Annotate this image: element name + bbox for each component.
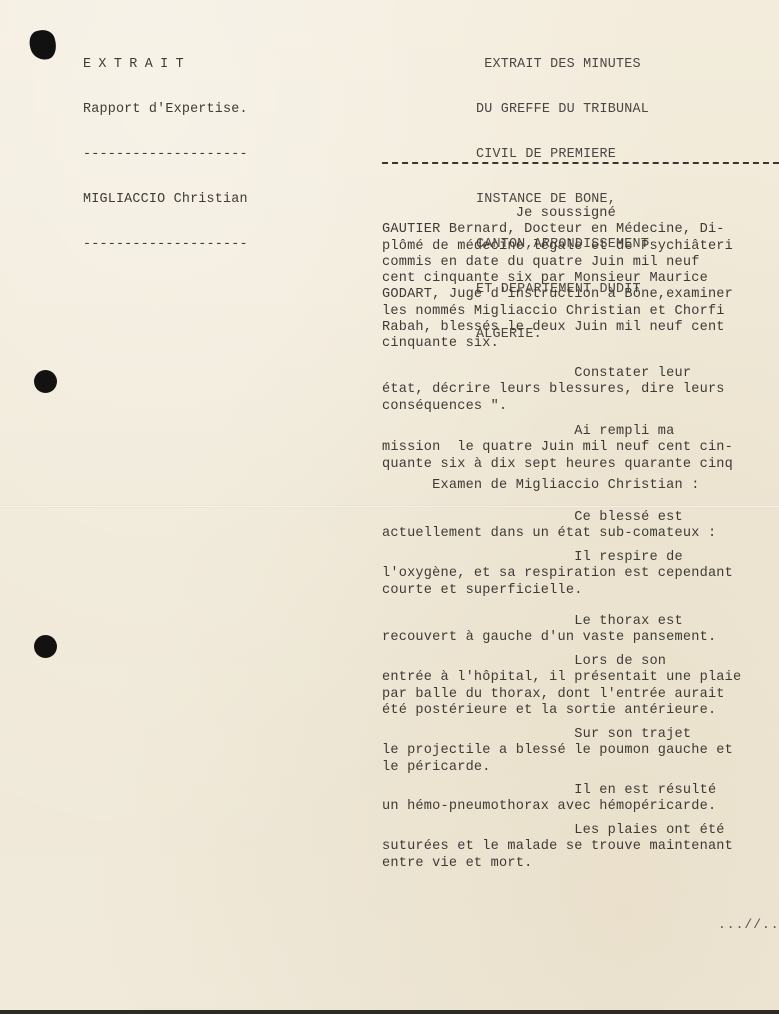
text-line: le projectile a blessé le poumon gauche … — [382, 743, 733, 759]
text-line: cent cinquante six par Monsieur Maurice — [382, 271, 733, 287]
report-paragraph: Ce blessé estactuellement dans un état s… — [382, 510, 716, 543]
report-paragraph: Sur son trajetle projectile a blessé le … — [382, 727, 733, 776]
header-rule: -------------------- — [83, 237, 248, 252]
text-line: Ai rempli ma — [382, 424, 733, 440]
report-paragraph: Constater leurétat, décrire leurs blessu… — [382, 366, 725, 415]
extrait-title: EXTRAIT — [83, 57, 248, 72]
text-line: commis en date du quatre Juin mil neuf — [382, 255, 733, 271]
report-paragraph: Il en est résultéun hémo-pneumothorax av… — [382, 783, 716, 816]
report-paragraph: Lors de sonentrée à l'hôpital, il présen… — [382, 654, 741, 719]
text-line: l'oxygène, et sa respiration est cependa… — [382, 566, 733, 582]
report-subtitle: Rapport d'Expertise. — [83, 102, 248, 117]
text-line: un hémo-pneumothorax avec hémopéricarde. — [382, 799, 716, 815]
subject-name: MIGLIACCIO Christian — [83, 192, 248, 207]
report-paragraph: Examen de Migliaccio Christian : — [382, 478, 700, 494]
report-paragraph: Je soussignéGAUTIER Bernard, Docteur en … — [382, 206, 733, 353]
text-line: conséquences ". — [382, 399, 725, 415]
text-line: quante six à dix sept heures quarante ci… — [382, 457, 733, 473]
court-line: DU GREFFE DU TRIBUNAL — [476, 102, 649, 117]
punch-hole-top — [34, 370, 57, 393]
court-line: INSTANCE DE BONE, — [476, 192, 649, 207]
header-rule: -------------------- — [83, 147, 248, 162]
text-line: mission le quatre Juin mil neuf cent cin… — [382, 440, 733, 456]
text-line: cinquante six. — [382, 336, 733, 352]
text-line: GODART, Juge d'instruction à Bône,examin… — [382, 287, 733, 303]
punch-hole-bottom — [34, 635, 57, 658]
text-line: les nommés Migliaccio Christian et Chorf… — [382, 304, 733, 320]
text-line: Il en est résulté — [382, 783, 716, 799]
text-line: état, décrire leurs blessures, dire leur… — [382, 382, 725, 398]
text-line: Les plaies ont été — [382, 823, 733, 839]
text-line: Rabah, blessés le deux Juin mil neuf cen… — [382, 320, 733, 336]
text-line: Constater leur — [382, 366, 725, 382]
court-line: CIVIL DE PREMIERE — [476, 147, 649, 162]
header-left: EXTRAIT Rapport d'Expertise. -----------… — [83, 27, 248, 267]
text-line: le péricarde. — [382, 760, 733, 776]
page-bottom-edge — [0, 1010, 779, 1014]
report-paragraph: Ai rempli mamission le quatre Juin mil n… — [382, 424, 733, 473]
text-line: Examen de Migliaccio Christian : — [382, 478, 700, 494]
text-line: actuellement dans un état sub-comateux : — [382, 526, 716, 542]
text-line: recouvert à gauche d'un vaste pansement. — [382, 630, 716, 646]
text-line: Sur son trajet — [382, 727, 733, 743]
text-line: par balle du thorax, dont l'entrée aurai… — [382, 687, 741, 703]
text-line: plômé de médecine légale et de Psychiâte… — [382, 239, 733, 255]
fold-crease — [0, 505, 779, 508]
text-line: Ce blessé est — [382, 510, 716, 526]
text-line: entrée à l'hôpital, il présentait une pl… — [382, 670, 741, 686]
continuation-mark: ...//.. — [718, 917, 779, 933]
text-line: suturées et le malade se trouve maintena… — [382, 839, 733, 855]
report-paragraph: Le thorax estrecouvert à gauche d'un vas… — [382, 614, 716, 647]
report-paragraph: Il respire del'oxygène, et sa respiratio… — [382, 550, 733, 599]
court-line: EXTRAIT DES MINUTES — [476, 57, 649, 72]
text-line: Lors de son — [382, 654, 741, 670]
text-line: été postérieure et la sortie antérieure. — [382, 703, 741, 719]
text-line: Il respire de — [382, 550, 733, 566]
text-line: Je soussigné — [382, 206, 733, 222]
report-paragraph: Les plaies ont étésuturées et le malade … — [382, 823, 733, 872]
text-line: GAUTIER Bernard, Docteur en Médecine, Di… — [382, 222, 733, 238]
text-line: entre vie et mort. — [382, 856, 733, 872]
separator-rule — [382, 162, 779, 164]
text-line: courte et superficielle. — [382, 583, 733, 599]
text-line: Le thorax est — [382, 614, 716, 630]
